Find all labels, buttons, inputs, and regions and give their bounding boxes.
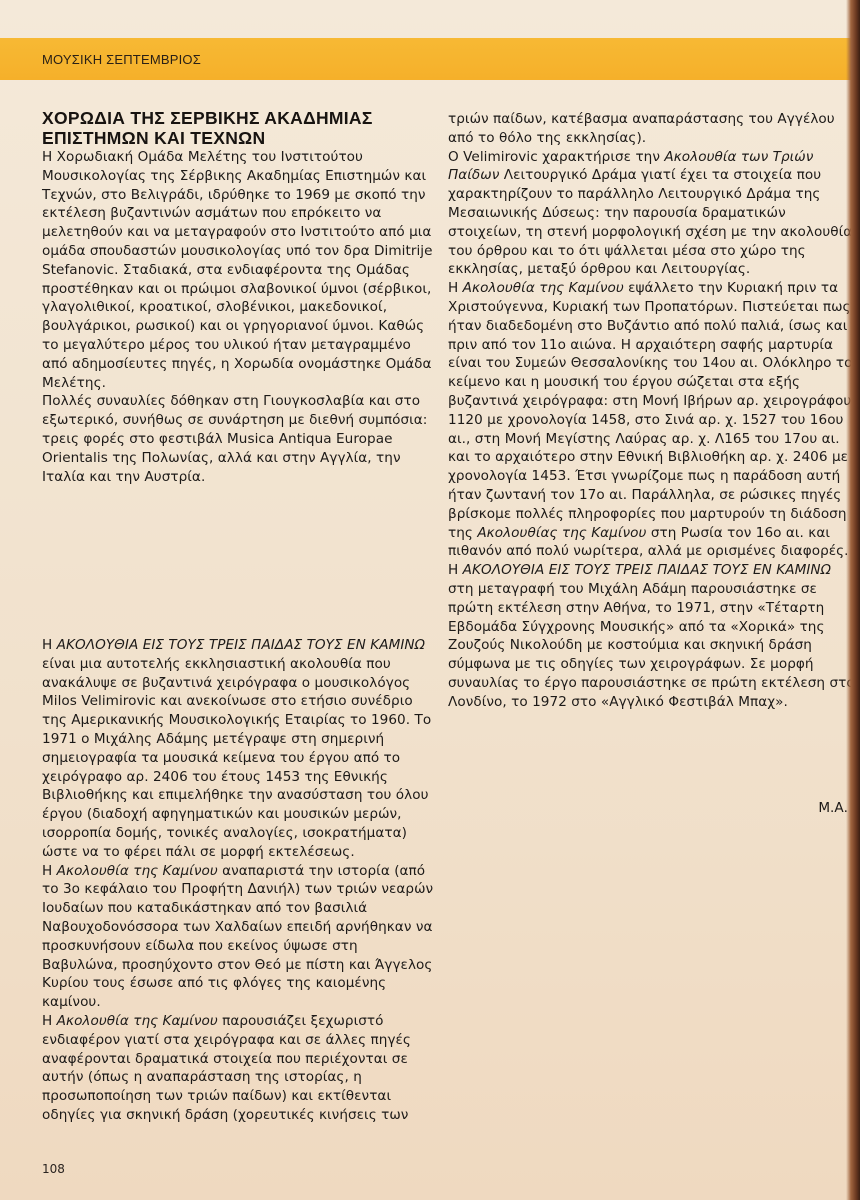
work-title: ΑΚΟΛΟΥΘΙΑ ΕΙΣ ΤΟΥΣ ΤΡΕΙΣ ΠΑΙΔΑΣ ΤΟΥΣ ΕΝ … [57,637,425,653]
paragraph: Ο Velimirovic χαρακτήρισε την Ακολουθία … [448,148,856,280]
paragraph: Η Ακολουθία της Καμίνου εψάλλετο την Κυρ… [448,279,856,561]
work-title: Ακολουθία της Καμίνου [57,1013,218,1029]
text: Λειτουργικό Δράμα γιατί έχει τα στοιχεία… [448,167,852,277]
text: αναπαριστά την ιστορία (από το 3ο κεφάλα… [42,863,433,1011]
work-title: Ακολουθία της Καμίνου [463,280,624,296]
paragraph: Η ΑΚΟΛΟΥΘΙΑ ΕΙΣ ΤΟΥΣ ΤΡΕΙΣ ΠΑΙΔΑΣ ΤΟΥΣ Ε… [42,636,434,862]
work-title: Ακολουθία της Καμίνου [57,863,218,879]
article-right-column: τριών παίδων, κατέβασμα αναπαράστασης το… [448,110,856,712]
paragraph: τριών παίδων, κατέβασμα αναπαράστασης το… [448,110,856,148]
page-binding-edge [846,0,860,1200]
paragraph: Η Ακολουθία της Καμίνου παρουσιάζει ξεχω… [42,1012,434,1125]
text: Ο Velimirovic χαρακτήρισε την [448,149,664,165]
article-left-column: Η ΑΚΟΛΟΥΘΙΑ ΕΙΣ ΤΟΥΣ ΤΡΕΙΣ ΠΑΙΔΑΣ ΤΟΥΣ Ε… [42,636,434,1125]
section-title: ΜΟΥΣΙΚΗ ΣΕΠΤΕΜΒΡΙΟΣ [42,52,201,67]
work-title: Ακολουθίας της Καμίνου [477,525,646,541]
paragraph: Η Χορωδιακή Ομάδα Μελέτης του Ινστιτούτο… [42,148,434,392]
text: είναι μια αυτοτελής εκκλησιαστική ακολου… [42,656,431,860]
text: Η [42,637,57,653]
text: Η [448,562,463,578]
text: Η [448,280,463,296]
paragraph: Η ΑΚΟΛΟΥΘΙΑ ΕΙΣ ΤΟΥΣ ΤΡΕΙΣ ΠΑΙΔΑΣ ΤΟΥΣ Ε… [448,561,856,711]
work-title: ΑΚΟΛΟΥΘΙΑ ΕΙΣ ΤΟΥΣ ΤΡΕΙΣ ΠΑΙΔΑΣ ΤΟΥΣ ΕΝ … [463,562,831,578]
article-title: ΧΟΡΩΔΙΑ ΤΗΣ ΣΕΡΒΙΚΗΣ ΑΚΑΔΗΜΙΑΣ ΕΠΙΣΤΗΜΩΝ… [42,108,434,148]
article-intro-column: ΧΟΡΩΔΙΑ ΤΗΣ ΣΕΡΒΙΚΗΣ ΑΚΑΔΗΜΙΑΣ ΕΠΙΣΤΗΜΩΝ… [42,108,434,486]
text: στη μεταγραφή του Μιχάλη Αδάμη παρουσιάσ… [448,581,855,710]
paragraph: Πολλές συναυλίες δόθηκαν στη Γιουγκοσλαβ… [42,392,434,486]
text: Η [42,1013,57,1029]
text: Η [42,863,57,879]
text: παρουσιάζει ξεχωριστό ενδιαφέρον γιατί σ… [42,1013,411,1123]
page-number: 108 [42,1162,65,1176]
text: εψάλλετο την Κυριακή πριν τα Χριστούγενν… [448,280,852,540]
section-header-band: ΜΟΥΣΙΚΗ ΣΕΠΤΕΜΒΡΙΟΣ [0,38,852,80]
paragraph: Η Ακολουθία της Καμίνου αναπαριστά την ι… [42,862,434,1012]
author-signature: Μ.Α. [818,800,848,816]
